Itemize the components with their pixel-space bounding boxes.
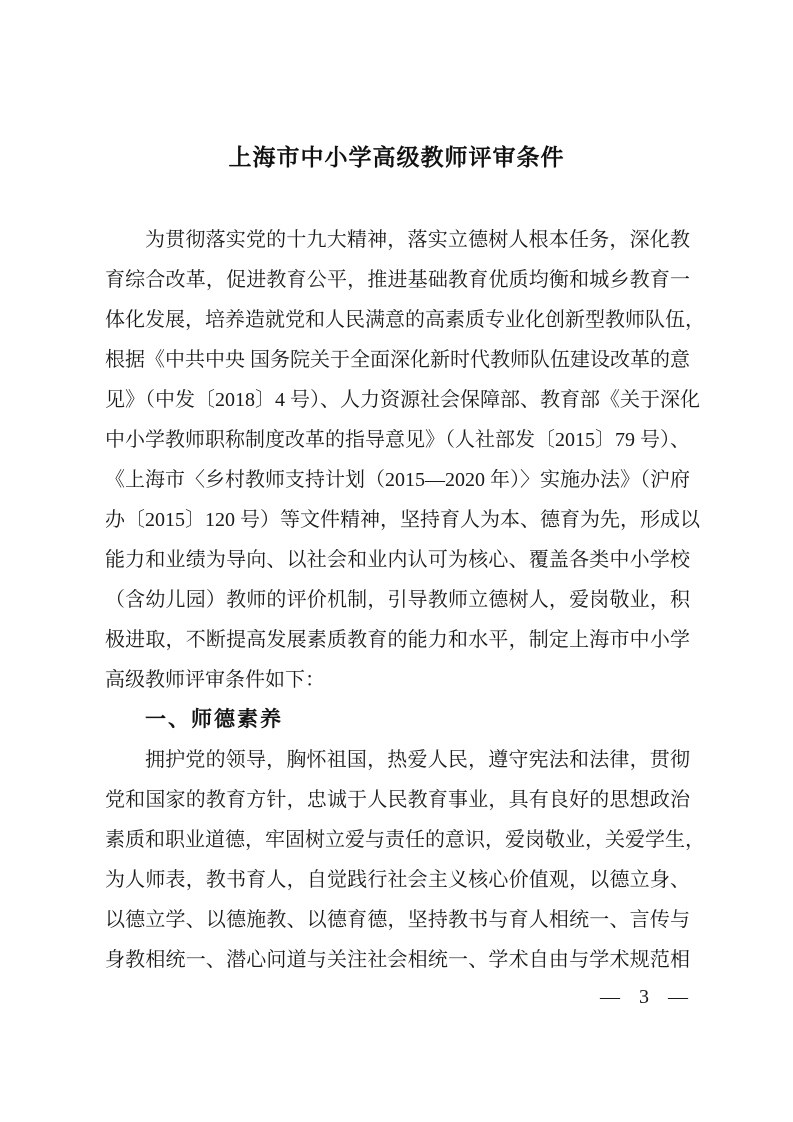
body-line: （含幼儿园）教师的评价机制，引导教师立德树人，爱岗敬业，积 bbox=[105, 580, 690, 620]
body-line: 能力和业绩为导向、以社会和业内认可为核心、覆盖各类中小学校 bbox=[105, 540, 690, 580]
body-line: 中小学教师职称制度改革的指导意见》（人社部发〔2015〕79 号）、 bbox=[105, 420, 690, 460]
body-line: 身教相统一、潜心问道与关注社会相统一、学术自由与学术规范相 bbox=[105, 940, 690, 980]
body-line: 为人师表，教书育人，自觉践行社会主义核心价值观，以德立身、 bbox=[105, 860, 690, 900]
body-line: 《上海市〈乡村教师支持计划（2015—2020 年）〉实施办法》（沪府 bbox=[105, 460, 690, 500]
body-line: 办〔2015〕120 号）等文件精神，坚持育人为本、德育为先，形成以 bbox=[105, 500, 690, 540]
body-line: 见》（中发〔2018〕4 号）、人力资源社会保障部、教育部《关于深化 bbox=[105, 380, 690, 420]
body-line: 根据《中共中央 国务院关于全面深化新时代教师队伍建设改革的意 bbox=[105, 340, 690, 380]
document-page: 上海市中小学高级教师评审条件 为贯彻落实党的十九大精神，落实立德树人根本任务，深… bbox=[0, 0, 793, 1122]
body-line: 极进取，不断提高发展素质教育的能力和水平，制定上海市中小学 bbox=[105, 620, 690, 660]
section-1-heading: 一、师德素养 bbox=[105, 700, 690, 740]
body-line: 以德立学、以德施教、以德育德，坚持教书与育人相统一、言传与 bbox=[105, 900, 690, 940]
document-title: 上海市中小学高级教师评审条件 bbox=[0, 141, 793, 175]
body-line: 素质和职业道德，牢固树立爱与责任的意识，爱岗敬业，关爱学生， bbox=[105, 820, 690, 860]
body-line: 高级教师评审条件如下： bbox=[105, 660, 690, 700]
body-line: 体化发展，培养造就党和人民满意的高素质专业化创新型教师队伍， bbox=[105, 300, 690, 340]
document-body: 为贯彻落实党的十九大精神，落实立德树人根本任务，深化教 育综合改革，促进教育公平… bbox=[105, 220, 690, 980]
body-line: 党和国家的教育方针，忠诚于人民教育事业，具有良好的思想政治 bbox=[105, 780, 690, 820]
page-number: — 3 — bbox=[600, 983, 690, 1011]
body-line: 为贯彻落实党的十九大精神，落实立德树人根本任务，深化教 bbox=[105, 220, 690, 260]
body-line: 育综合改革，促进教育公平，推进基础教育优质均衡和城乡教育一 bbox=[105, 260, 690, 300]
body-line: 拥护党的领导，胸怀祖国，热爱人民，遵守宪法和法律，贯彻 bbox=[105, 740, 690, 780]
